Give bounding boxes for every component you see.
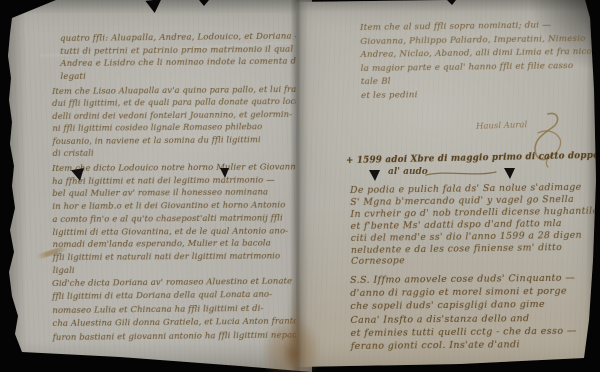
handwritten-line: ferano gionti ccol. Ins'ate d'andi <box>351 338 577 354</box>
handwritten-line: legati <box>60 68 313 83</box>
left-page: quatro ffli: Aluapalla, Andrea, Lodouico… <box>0 0 312 372</box>
handwritten-line: et les pedini <box>361 87 600 104</box>
left-text-block-3: Item che dicto Lodouico notre horno Muli… <box>52 161 302 277</box>
handwritten-line: et feminies tutti quelli cctg - che da e… <box>351 324 577 340</box>
handwritten-line: di cristali <box>53 145 323 160</box>
handwritten-line: delli ordini dei vedoni fontelari Jouann… <box>52 107 322 122</box>
handwritten-line: ffli ligittimi di etta Doriana della qua… <box>52 289 306 305</box>
triangle-mark <box>504 168 515 179</box>
handwritten-line: ffli ligittimi et naturali nati der ligi… <box>53 250 302 264</box>
heading-flourish-line <box>424 168 498 180</box>
handwritten-line: a comto fin'o e al qu'to chasepost'alti … <box>52 212 301 226</box>
handwritten-line: Cornesope <box>351 253 600 268</box>
signature: Hausl Aural <box>476 120 528 132</box>
left-text-block-2: Item che Lisao Aluapalla av'a quino para… <box>52 83 322 160</box>
left-text-block-1: quatro ffli: Aluapalla, Andrea, Lodouico… <box>60 30 313 83</box>
torn-notch <box>447 0 456 5</box>
ink-blot-mark <box>71 168 86 182</box>
right-text-block-1: Item che al sud ffli sopra nominati; dui… <box>360 19 600 104</box>
handwritten-line: che sopeli duds' capisgligi dano gime <box>350 298 576 314</box>
right-page: Item che al sud ffli sopra nominati; dui… <box>296 0 600 372</box>
handwritten-line: Andrea e Lisidro che li nominao indote l… <box>60 56 313 71</box>
torn-notch <box>199 0 209 6</box>
right-text-block-3: S.S. Iffmo amovele cose duds' Cinquanto … <box>350 272 577 354</box>
date-heading-sub: al' audo <box>388 167 428 177</box>
bottom-stain-core <box>284 334 302 372</box>
triangle-mark <box>369 170 380 181</box>
right-text-block-2: De podia e pulich fala ds' Sa nolue s'ad… <box>350 181 600 268</box>
manuscript-photo: quatro ffli: Aluapalla, Andrea, Lodouico… <box>0 0 600 372</box>
triangle-mark <box>220 168 229 178</box>
torn-notch <box>145 0 162 14</box>
